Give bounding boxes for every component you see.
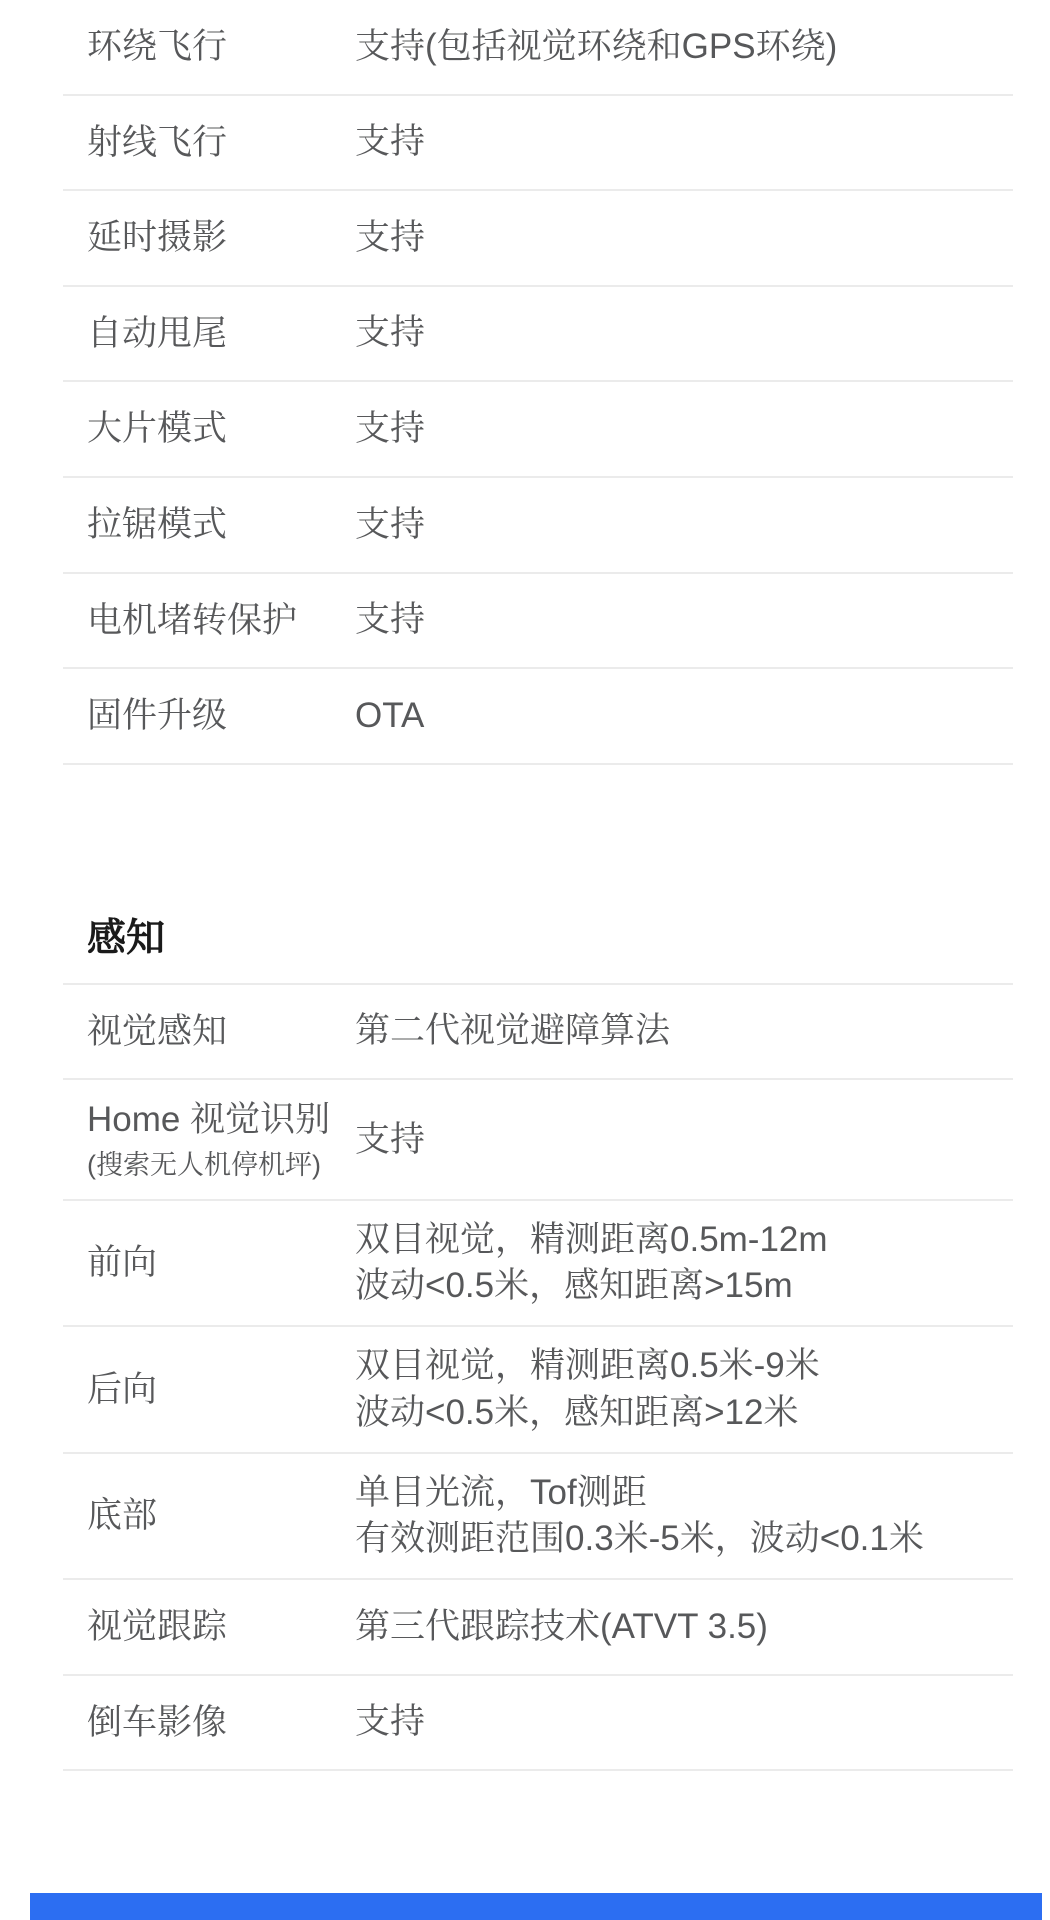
spec-label: 射线飞行 xyxy=(87,119,355,167)
spec-label-text: 射线飞行 xyxy=(87,119,355,167)
spec-row: 视觉感知 第二代视觉避障算法 xyxy=(63,985,1013,1081)
spec-label: 延时摄影 xyxy=(87,214,355,262)
spec-value-line: 第三代跟踪技术(ATVT 3.5) xyxy=(355,1604,1013,1650)
spec-label-text: 底部 xyxy=(87,1492,355,1540)
spec-value: 单目光流，Tof测距有效测距范围0.3米-5米，波动<0.1米 xyxy=(355,1470,1013,1562)
spec-value: 支持 xyxy=(355,502,1013,548)
spec-label: 大片模式 xyxy=(87,405,355,453)
spec-value-line: 支持 xyxy=(355,597,1013,643)
spec-label-text: 拉锯模式 xyxy=(87,501,355,549)
spec-value: 支持 xyxy=(355,310,1013,356)
spec-row: 底部 单目光流，Tof测距有效测距范围0.3米-5米，波动<0.1米 xyxy=(63,1454,1013,1580)
spec-value-line: 支持 xyxy=(355,406,1013,452)
spec-label-text: 前向 xyxy=(87,1239,355,1287)
spec-label-text: 视觉感知 xyxy=(87,1008,355,1056)
spec-label-text: 自动甩尾 xyxy=(87,310,355,358)
spec-label-text: 后向 xyxy=(87,1366,355,1414)
spec-value-line: 支持 xyxy=(355,1117,1013,1163)
spec-label-text: 电机堵转保护 xyxy=(87,597,355,645)
spec-value-line: 有效测距范围0.3米-5米，波动<0.1米 xyxy=(355,1516,1013,1562)
spec-value-line: 支持(包括视觉环绕和GPS环绕) xyxy=(355,24,1013,70)
spec-label: 倒车影像 xyxy=(87,1699,355,1747)
spec-value-line: 支持 xyxy=(355,119,1013,165)
spec-label-text: 固件升级 xyxy=(87,692,355,740)
spec-value-line: 支持 xyxy=(355,215,1013,261)
spec-value-line: 支持 xyxy=(355,310,1013,356)
spec-label: 视觉跟踪 xyxy=(87,1603,355,1651)
spec-label: 环绕飞行 xyxy=(87,23,355,71)
spec-row: 拉锯模式 支持 xyxy=(63,478,1013,574)
spec-value: 第三代跟踪技术(ATVT 3.5) xyxy=(355,1604,1013,1650)
spec-label: 拉锯模式 xyxy=(87,501,355,549)
spec-value: 支持 xyxy=(355,1117,1013,1163)
spec-value-line: OTA xyxy=(355,693,1013,739)
spec-value-line: 波动<0.5米，感知距离>15m xyxy=(355,1263,1013,1309)
spec-label: 后向 xyxy=(87,1366,355,1414)
spec-value: OTA xyxy=(355,693,1013,739)
spec-label: 底部 xyxy=(87,1492,355,1540)
spec-label: 前向 xyxy=(87,1239,355,1287)
spec-row: 固件升级 OTA xyxy=(63,669,1013,765)
spec-value: 双目视觉，精测距离0.5m-12m波动<0.5米，感知距离>15m xyxy=(355,1217,1013,1309)
spec-value: 支持 xyxy=(355,1699,1013,1745)
spec-value: 支持 xyxy=(355,597,1013,643)
flight-spec-table: 环绕飞行 支持(包括视觉环绕和GPS环绕) 射线飞行 支持 延时摄影 支持 自动… xyxy=(63,0,1013,765)
spec-value: 支持(包括视觉环绕和GPS环绕) xyxy=(355,24,1013,70)
spec-label: 电机堵转保护 xyxy=(87,597,355,645)
spec-value-line: 波动<0.5米，感知距离>12米 xyxy=(355,1390,1013,1436)
spec-label: 固件升级 xyxy=(87,692,355,740)
spec-value-line: 单目光流，Tof测距 xyxy=(355,1470,1013,1516)
spec-row: 视觉跟踪 第三代跟踪技术(ATVT 3.5) xyxy=(63,1580,1013,1676)
spec-value: 第二代视觉避障算法 xyxy=(355,1008,1013,1054)
spec-row: 自动甩尾 支持 xyxy=(63,287,1013,383)
spec-row: 后向 双目视觉，精测距离0.5米-9米波动<0.5米，感知距离>12米 xyxy=(63,1327,1013,1453)
spec-label-text: 延时摄影 xyxy=(87,214,355,262)
footer-accent-bar xyxy=(30,1893,1042,1920)
spec-row: 倒车影像 支持 xyxy=(63,1676,1013,1772)
spec-value-line: 第二代视觉避障算法 xyxy=(355,1008,1013,1054)
spec-row: 射线飞行 支持 xyxy=(63,96,1013,192)
spec-row: Home 视觉识别 (搜索无人机停机坪) 支持 xyxy=(63,1080,1013,1201)
spec-label: Home 视觉识别 (搜索无人机停机坪) xyxy=(87,1096,355,1183)
spec-label-text: Home 视觉识别 xyxy=(87,1096,355,1144)
spec-row: 环绕飞行 支持(包括视觉环绕和GPS环绕) xyxy=(63,0,1013,96)
spec-label: 自动甩尾 xyxy=(87,310,355,358)
spec-label-text: 视觉跟踪 xyxy=(87,1603,355,1651)
perception-section-title: 感知 xyxy=(63,907,1013,983)
spec-label-note: (搜索无人机停机坪) xyxy=(87,1148,355,1183)
spec-row: 大片模式 支持 xyxy=(63,382,1013,478)
spec-row: 延时摄影 支持 xyxy=(63,191,1013,287)
spec-value-line: 支持 xyxy=(355,502,1013,548)
spec-value: 支持 xyxy=(355,119,1013,165)
spec-value-line: 双目视觉，精测距离0.5m-12m xyxy=(355,1217,1013,1263)
spec-label-text: 倒车影像 xyxy=(87,1699,355,1747)
spec-value: 支持 xyxy=(355,215,1013,261)
spec-label: 视觉感知 xyxy=(87,1008,355,1056)
spec-value-line: 支持 xyxy=(355,1699,1013,1745)
spec-value-line: 双目视觉，精测距离0.5米-9米 xyxy=(355,1343,1013,1389)
spec-value: 双目视觉，精测距离0.5米-9米波动<0.5米，感知距离>12米 xyxy=(355,1343,1013,1435)
spec-label-text: 大片模式 xyxy=(87,405,355,453)
spec-row: 电机堵转保护 支持 xyxy=(63,574,1013,670)
spec-value: 支持 xyxy=(355,406,1013,452)
spec-label-text: 环绕飞行 xyxy=(87,23,355,71)
perception-spec-table: 视觉感知 第二代视觉避障算法 Home 视觉识别 (搜索无人机停机坪) 支持 前… xyxy=(63,983,1013,1772)
spec-row: 前向 双目视觉，精测距离0.5m-12m波动<0.5米，感知距离>15m xyxy=(63,1201,1013,1327)
